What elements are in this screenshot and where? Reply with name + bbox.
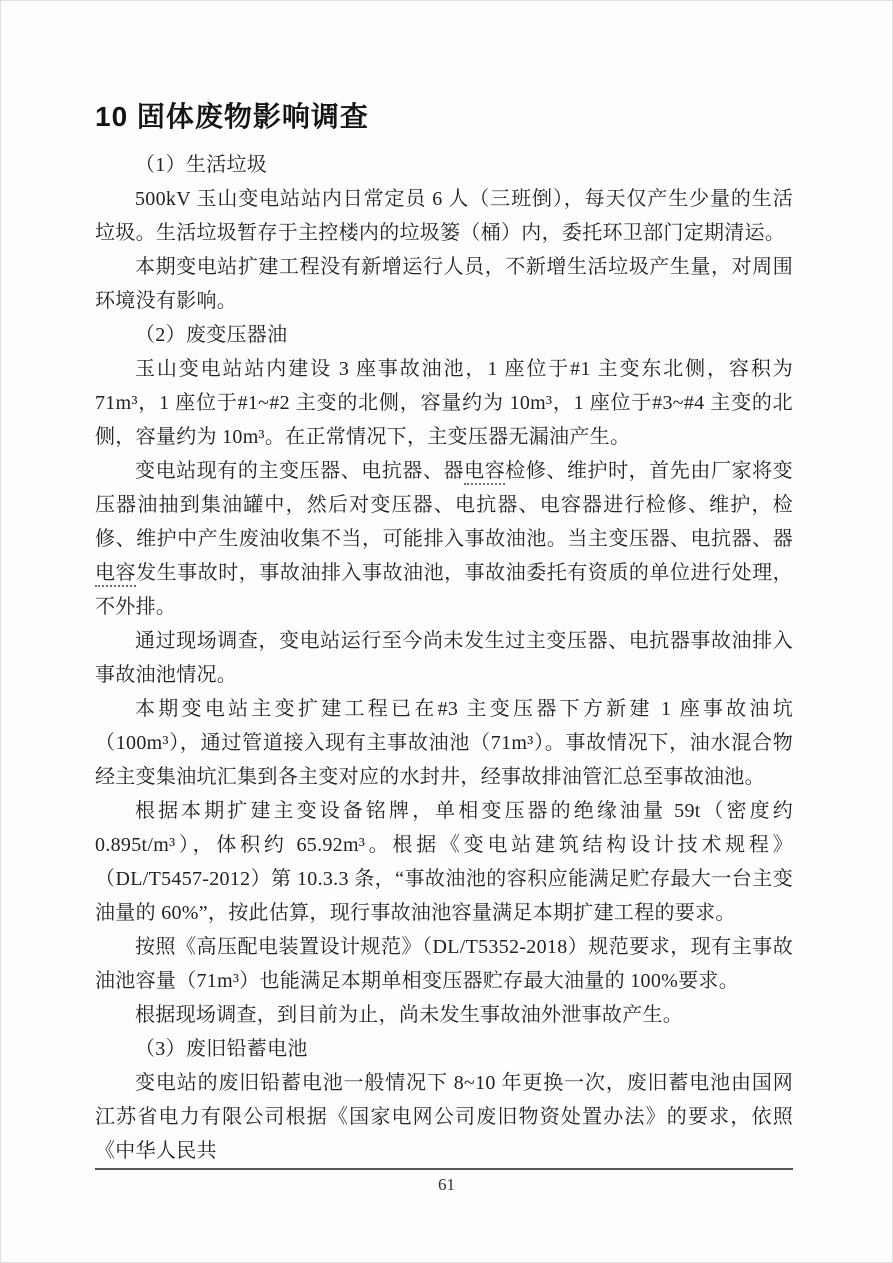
paragraph: 通过现场调查，变电站运行至今尚未发生过主变压器、电抗器事故油排入事故油池情况。 — [95, 624, 793, 692]
paragraph: 按照《高压配电装置设计规范》（DL/T5352-2018）规范要求，现有主事故油… — [95, 930, 793, 998]
page-number: 61 — [1, 1173, 892, 1197]
paragraph: 本期变电站扩建工程没有新增运行人员，不新增生活垃圾产生量，对周围环境没有影响。 — [95, 250, 793, 318]
paragraph: 变电站现有的主变压器、电抗器、器电容检修、维护时，首先由厂家将变压器油抽到集油罐… — [95, 454, 793, 624]
text-segment: 变电站现有的主变压器、电抗器、器 — [135, 460, 464, 482]
list-item-heading: （3）废旧铅蓄电池 — [95, 1032, 793, 1066]
paragraph: 500kV 玉山变电站站内日常定员 6 人（三班倒），每天仅产生少量的生活垃圾。… — [95, 182, 793, 250]
list-item-heading: （2）废变压器油 — [95, 318, 793, 352]
proofing-underline: 电容 — [95, 562, 136, 587]
text-segment: 发生事故时，事故油排入事故油池，事故油委托有资质的单位进行处理，不外排。 — [95, 562, 793, 618]
paragraph: 玉山变电站站内建设 3 座事故油池，1 座位于#1 主变东北侧，容积为 71m³… — [95, 352, 793, 454]
page-title: 10 固体废物影响调查 — [95, 99, 793, 135]
paragraph: 根据本期扩建主变设备铭牌，单相变压器的绝缘油量 59t（密度约 0.895t/m… — [95, 794, 793, 930]
paragraph: 本期变电站主变扩建工程已在#3 主变压器下方新建 1 座事故油坑（100m³），… — [95, 692, 793, 794]
footer-divider — [95, 1168, 793, 1170]
document-body: （1）生活垃圾500kV 玉山变电站站内日常定员 6 人（三班倒），每天仅产生少… — [95, 148, 793, 1168]
document-page: 10 固体废物影响调查 （1）生活垃圾500kV 玉山变电站站内日常定员 6 人… — [0, 0, 893, 1263]
paragraph: 根据现场调查，到目前为止，尚未发生事故油外泄事故产生。 — [95, 998, 793, 1032]
list-item-heading: （1）生活垃圾 — [95, 148, 793, 182]
paragraph: 变电站的废旧铅蓄电池一般情况下 8~10 年更换一次，废旧蓄电池由国网江苏省电力… — [95, 1066, 793, 1168]
page-content: 10 固体废物影响调查 （1）生活垃圾500kV 玉山变电站站内日常定员 6 人… — [95, 99, 793, 1168]
proofing-underline: 电容 — [464, 460, 505, 485]
